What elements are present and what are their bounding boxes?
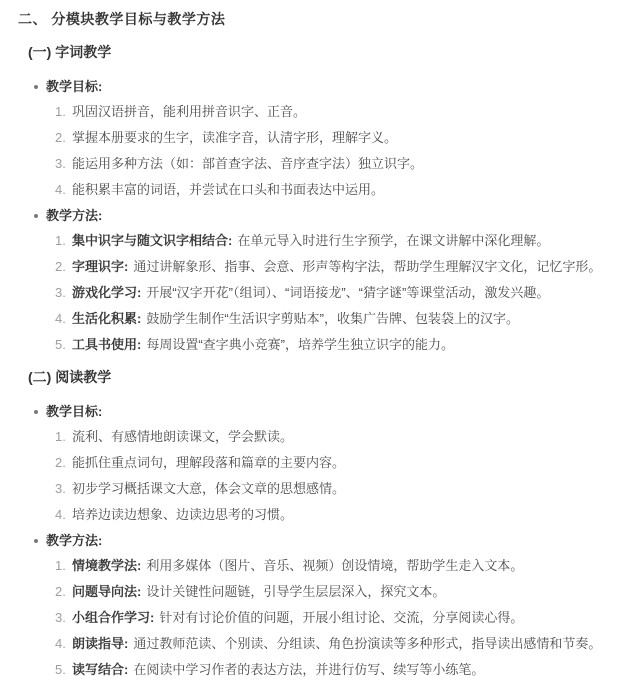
item-term: 朗读指导: <box>72 636 128 651</box>
list-item: 2.掌握本册要求的生字，读准字音，认清字形，理解字义。 <box>55 128 622 148</box>
item-desc: 开展“汉字开花”（组词）、“词语接龙”、“猜字谜”等课堂活动，激发兴趣。 <box>146 285 549 300</box>
item-number: 1. <box>55 231 72 251</box>
item-term: 工具书使用: <box>72 337 141 352</box>
block-label: 教学目标: <box>46 402 102 422</box>
block-label: 教学目标: <box>46 77 102 97</box>
block-label: 教学方法: <box>46 531 102 551</box>
method-list: 1.集中识字与随文识字相结合:在单元导入时进行生字预学，在课文讲解中深化理解。 … <box>18 231 622 355</box>
list-item: 3.小组合作学习:针对有讨论价值的问题，开展小组讨论、交流，分享阅读心得。 <box>55 608 622 628</box>
item-number: 1. <box>55 102 72 122</box>
block-label-row: 教学目标: <box>34 77 622 97</box>
item-desc: 流利、有感情地朗读课文，学会默读。 <box>72 429 293 444</box>
item-term: 问题导向法: <box>72 584 141 599</box>
document-title: 二、 分模块教学目标与教学方法 <box>18 9 622 29</box>
item-number: 3. <box>55 283 72 303</box>
list-item: 1.巩固汉语拼音，能利用拼音识字、正音。 <box>55 102 622 122</box>
item-number: 5. <box>55 660 72 680</box>
item-number: 4. <box>55 309 72 329</box>
list-item: 2.问题导向法:设计关键性问题链，引导学生层层深入，探究文本。 <box>55 582 622 602</box>
section-heading-word-teaching: (一) 字词教学 <box>28 42 622 62</box>
block-label-row: 教学方法: <box>34 206 622 226</box>
item-desc: 设计关键性问题链，引导学生层层深入，探究文本。 <box>146 584 445 599</box>
item-number: 4. <box>55 180 72 200</box>
list-item: 5.读写结合:在阅读中学习作者的表达方法，并进行仿写、续写等小练笔。 <box>55 660 622 680</box>
list-item: 2.字理识字:通过讲解象形、指事、会意、形声等构字法，帮助学生理解汉字文化，记忆… <box>55 257 622 277</box>
item-desc: 通过讲解象形、指事、会意、形声等构字法，帮助学生理解汉字文化，记忆字形。 <box>133 259 601 274</box>
item-desc: 培养边读边想象、边读边思考的习惯。 <box>72 507 293 522</box>
item-number: 2. <box>55 128 72 148</box>
item-term: 集中识字与随文识字相结合: <box>72 233 232 248</box>
item-desc: 初步学习概括课文大意，体会文章的思想感情。 <box>72 481 345 496</box>
item-number: 5. <box>55 335 72 355</box>
item-term: 情境教学法: <box>72 558 141 573</box>
item-number: 1. <box>55 427 72 447</box>
goal-list: 1.流利、有感情地朗读课文，学会默读。 2.能抓住重点词句，理解段落和篇章的主要… <box>18 427 622 525</box>
item-desc: 在阅读中学习作者的表达方法，并进行仿写、续写等小练笔。 <box>133 662 484 677</box>
item-desc: 能运用多种方法（如：部首查字法、音序查字法）独立识字。 <box>72 156 423 171</box>
block-label: 教学方法: <box>46 206 102 226</box>
item-desc: 每周设置“查字典小竞赛”，培养学生独立识字的能力。 <box>146 337 454 352</box>
item-term: 小组合作学习: <box>72 610 154 625</box>
list-item: 3.游戏化学习:开展“汉字开花”（组词）、“词语接龙”、“猜字谜”等课堂活动，激… <box>55 283 622 303</box>
block-label-row: 教学方法: <box>34 531 622 551</box>
item-desc: 能抓住重点词句，理解段落和篇章的主要内容。 <box>72 455 345 470</box>
method-list: 1.情境教学法:利用多媒体（图片、音乐、视频）创设情境，帮助学生走入文本。 2.… <box>18 556 622 680</box>
item-desc: 在单元导入时进行生字预学，在课文讲解中深化理解。 <box>237 233 549 248</box>
list-item: 4.能积累丰富的词语，并尝试在口头和书面表达中运用。 <box>55 180 622 200</box>
list-item: 4.朗读指导:通过教师范读、个别读、分组读、角色扮演读等多种形式，指导读出感情和… <box>55 634 622 654</box>
document-body: 二、 分模块教学目标与教学方法 (一) 字词教学 教学目标: 1.巩固汉语拼音，… <box>0 0 636 680</box>
item-number: 3. <box>55 608 72 628</box>
list-item: 3.初步学习概括课文大意，体会文章的思想感情。 <box>55 479 622 499</box>
list-item: 2.能抓住重点词句，理解段落和篇章的主要内容。 <box>55 453 622 473</box>
item-term: 生活化积累: <box>72 311 141 326</box>
item-desc: 能积累丰富的词语，并尝试在口头和书面表达中运用。 <box>72 182 384 197</box>
list-item: 4.培养边读边想象、边读边思考的习惯。 <box>55 505 622 525</box>
list-item: 1.集中识字与随文识字相结合:在单元导入时进行生字预学，在课文讲解中深化理解。 <box>55 231 622 251</box>
item-desc: 鼓励学生制作“生活识字剪贴本”，收集广告牌、包装袋上的汉字。 <box>146 311 519 326</box>
section-heading-reading-teaching: (二) 阅读教学 <box>28 367 622 387</box>
item-desc: 利用多媒体（图片、音乐、视频）创设情境，帮助学生走入文本。 <box>146 558 523 573</box>
item-desc: 通过教师范读、个别读、分组读、角色扮演读等多种形式，指导读出感情和节奏。 <box>133 636 601 651</box>
item-number: 3. <box>55 154 72 174</box>
item-term: 读写结合: <box>72 662 128 677</box>
list-item: 1.情境教学法:利用多媒体（图片、音乐、视频）创设情境，帮助学生走入文本。 <box>55 556 622 576</box>
item-number: 2. <box>55 453 72 473</box>
block-label-row: 教学目标: <box>34 402 622 422</box>
item-term: 游戏化学习: <box>72 285 141 300</box>
item-desc: 巩固汉语拼音，能利用拼音识字、正音。 <box>72 104 306 119</box>
goal-list: 1.巩固汉语拼音，能利用拼音识字、正音。 2.掌握本册要求的生字，读准字音，认清… <box>18 102 622 200</box>
item-number: 2. <box>55 582 72 602</box>
item-number: 4. <box>55 634 72 654</box>
item-number: 3. <box>55 479 72 499</box>
item-number: 1. <box>55 556 72 576</box>
list-item: 1.流利、有感情地朗读课文，学会默读。 <box>55 427 622 447</box>
bullet-icon <box>34 214 38 218</box>
item-desc: 针对有讨论价值的问题，开展小组讨论、交流，分享阅读心得。 <box>159 610 523 625</box>
item-number: 2. <box>55 257 72 277</box>
item-number: 4. <box>55 505 72 525</box>
bullet-icon <box>34 539 38 543</box>
list-item: 5.工具书使用:每周设置“查字典小竞赛”，培养学生独立识字的能力。 <box>55 335 622 355</box>
item-desc: 掌握本册要求的生字，读准字音，认清字形，理解字义。 <box>72 130 397 145</box>
bullet-icon <box>34 85 38 89</box>
list-item: 3.能运用多种方法（如：部首查字法、音序查字法）独立识字。 <box>55 154 622 174</box>
item-term: 字理识字: <box>72 259 128 274</box>
bullet-icon <box>34 410 38 414</box>
list-item: 4.生活化积累:鼓励学生制作“生活识字剪贴本”，收集广告牌、包装袋上的汉字。 <box>55 309 622 329</box>
